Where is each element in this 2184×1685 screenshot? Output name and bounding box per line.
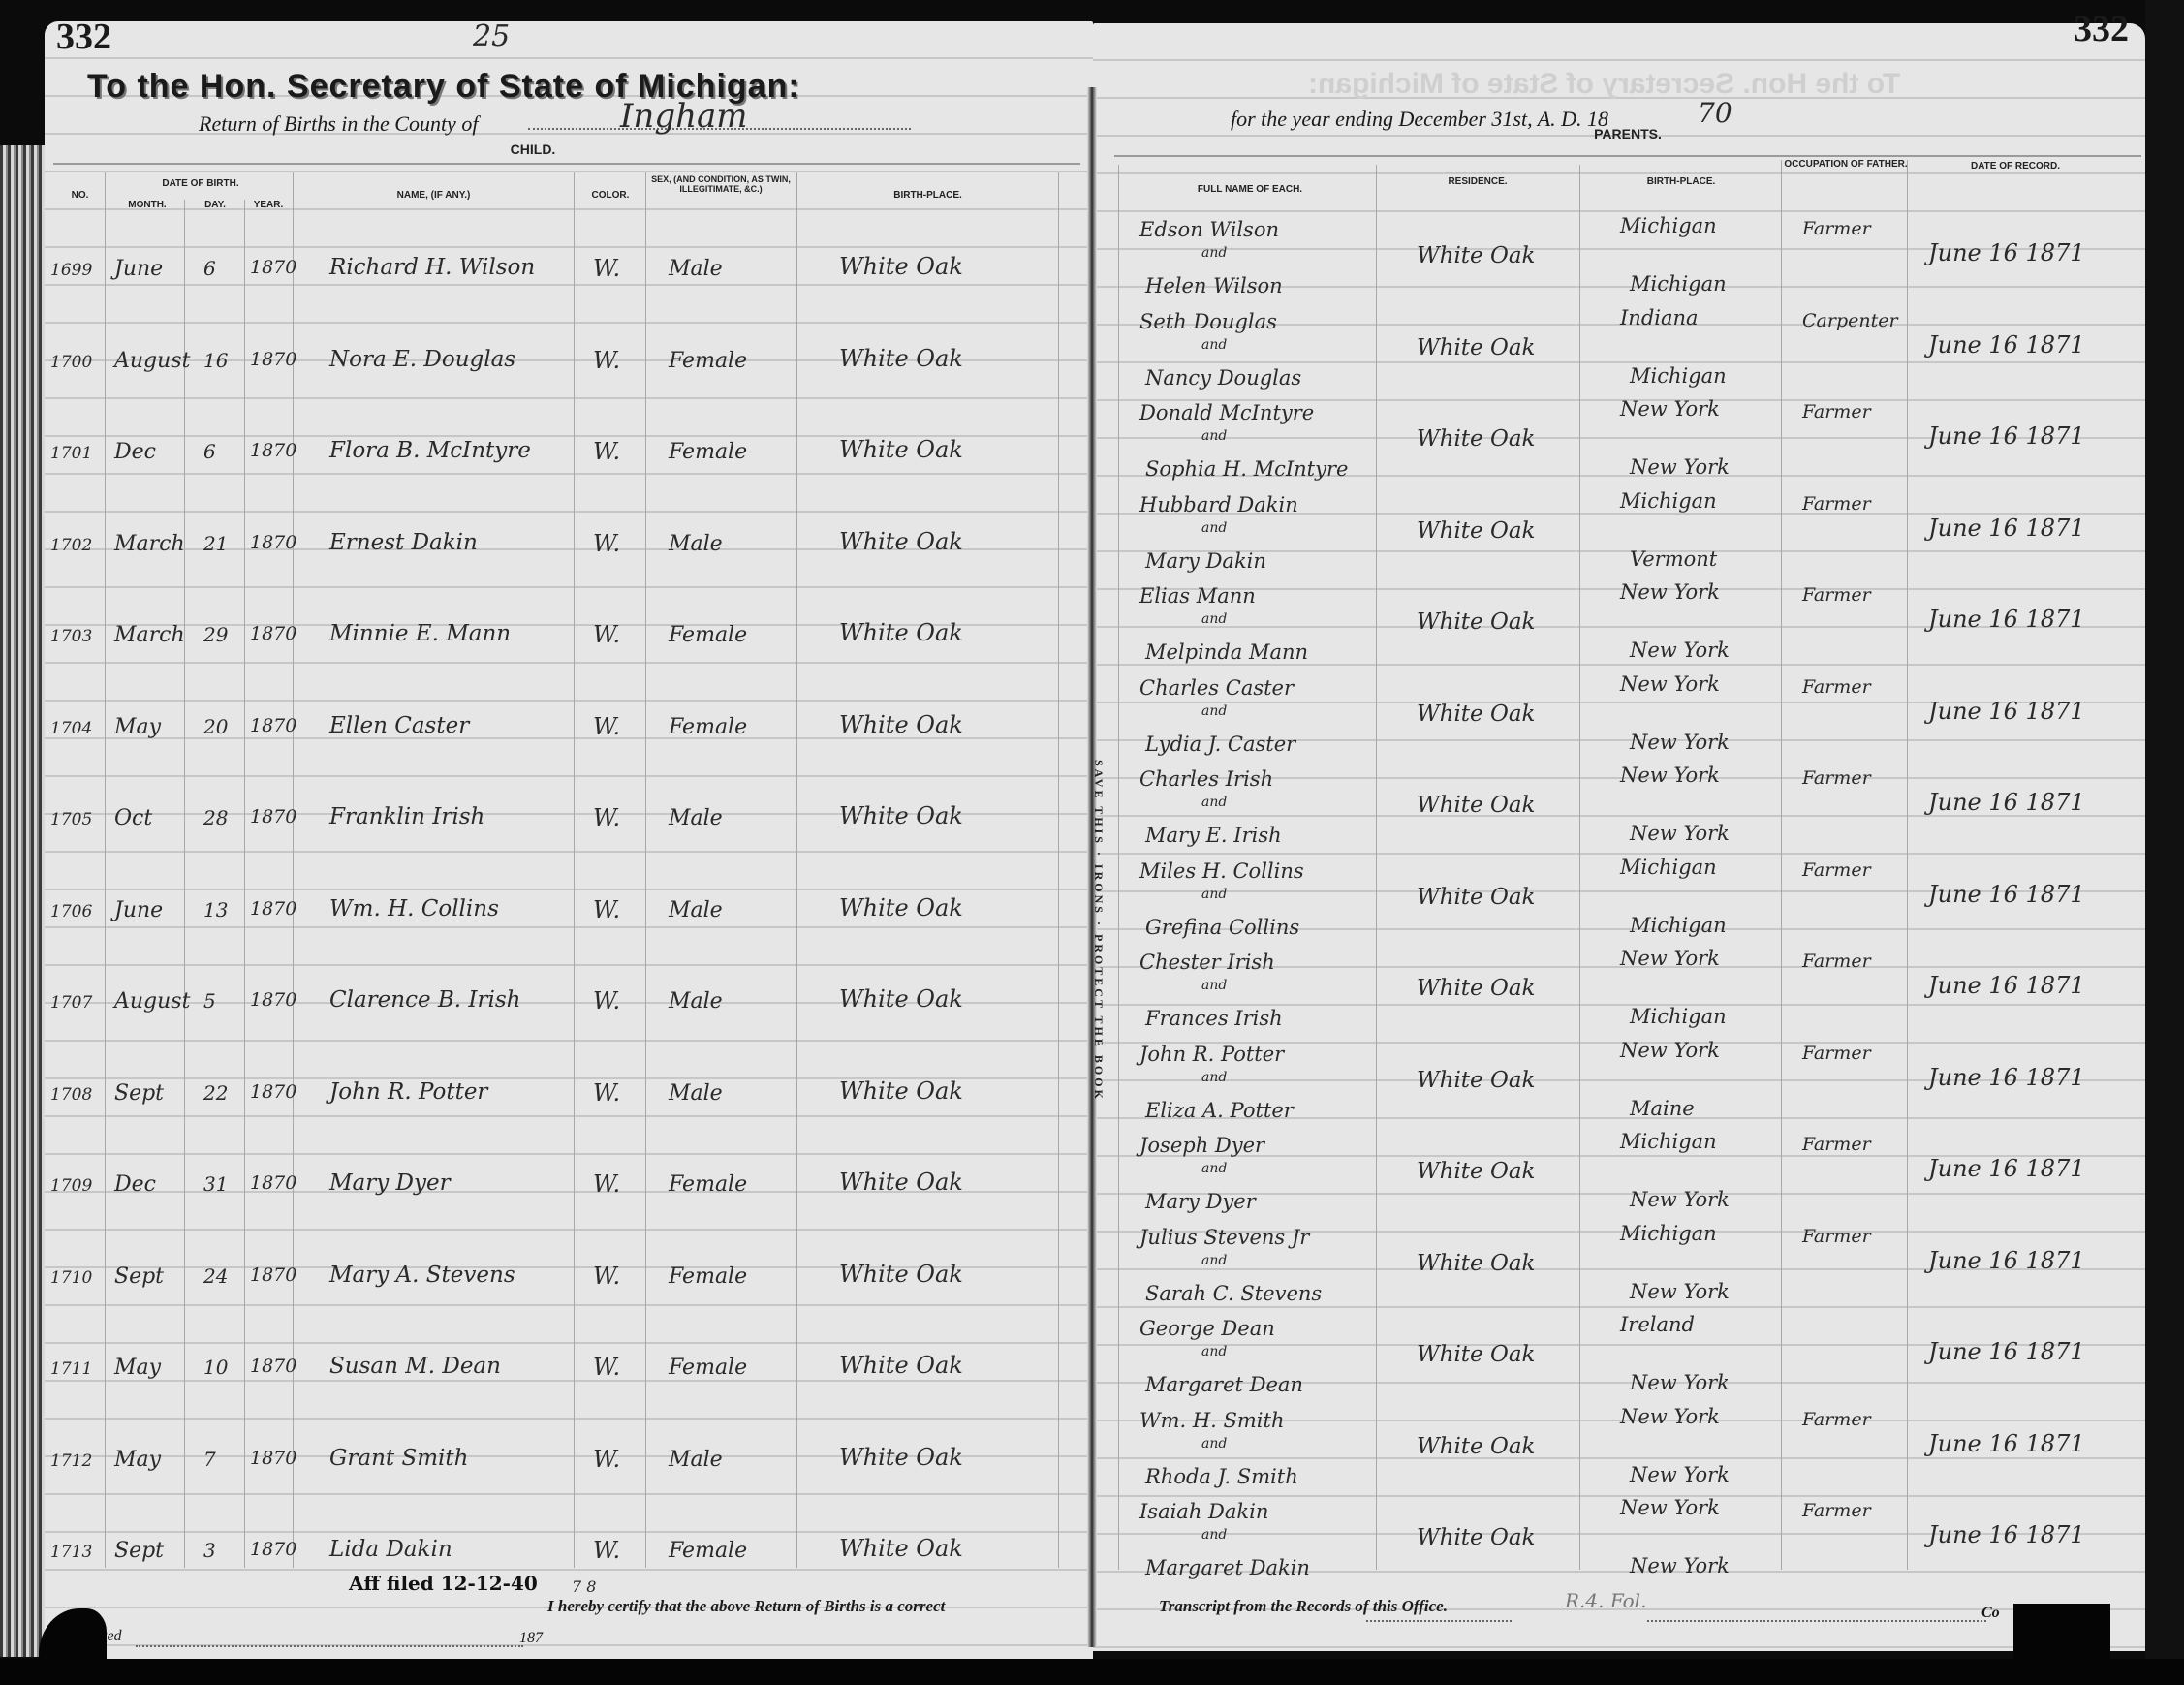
child-name: Mary A. Stevens xyxy=(329,1263,515,1288)
birth-year: 1870 xyxy=(250,257,296,278)
county-value: Ingham xyxy=(620,97,748,136)
date-of-record: June 16 1871 xyxy=(1928,1064,2085,1091)
child-birthplace: White Oak xyxy=(839,528,963,555)
child-name: Mary Dyer xyxy=(329,1170,451,1196)
father-birthplace: New York xyxy=(1620,580,1720,604)
child-sex: Female xyxy=(669,349,747,373)
child-birthplace: White Oak xyxy=(839,1444,963,1471)
birth-day: 24 xyxy=(203,1264,228,1288)
and-connector: and xyxy=(1201,703,1227,719)
birth-month: Dec xyxy=(114,1172,156,1197)
birth-day: 13 xyxy=(203,898,228,921)
father-birthplace: Michigan xyxy=(1620,214,1717,237)
birth-month: May xyxy=(114,1356,161,1380)
and-connector: and xyxy=(1201,245,1227,261)
col-divider xyxy=(1579,165,1580,1570)
birth-month: May xyxy=(114,1448,161,1472)
signature-line-2 xyxy=(1647,1620,1986,1622)
col-sex: SEX, (And Condition, as Twin, Illegitima… xyxy=(647,174,795,194)
and-connector: and xyxy=(1201,1253,1227,1268)
date-of-record: June 16 1871 xyxy=(1928,789,2085,816)
child-name: Grant Smith xyxy=(329,1446,468,1471)
child-color: W. xyxy=(593,347,620,374)
child-birthplace: White Oak xyxy=(839,1352,963,1379)
father-birthplace: New York xyxy=(1620,947,1720,970)
mother-birthplace: New York xyxy=(1630,822,1730,845)
date-of-record: June 16 1871 xyxy=(1928,239,2085,266)
mother-birthplace: Michigan xyxy=(1630,914,1727,937)
birth-day: 7 xyxy=(203,1448,216,1471)
father-birthplace: Michigan xyxy=(1620,1222,1717,1245)
year-label: for the year ending December 31st, A. D.… xyxy=(1231,107,1608,132)
child-birthplace: White Oak xyxy=(839,1077,963,1105)
parents-section-label: PARENTS. xyxy=(1565,126,1691,141)
col-name: NAME, (IF ANY.) xyxy=(296,190,572,201)
col-occupation: OCCUPATION OF FATHER. xyxy=(1783,159,1909,170)
mother-birthplace: New York xyxy=(1630,1554,1730,1577)
child-color: W. xyxy=(593,530,620,557)
father-occupation: Farmer xyxy=(1802,1500,1871,1521)
col-divider xyxy=(1058,172,1059,1568)
residence: White Oak xyxy=(1417,1251,1535,1276)
record-number: 1703 xyxy=(50,627,92,646)
and-connector: and xyxy=(1201,428,1227,444)
year-value: 70 xyxy=(1698,97,1732,129)
col-divider xyxy=(184,200,185,1568)
record-number: 1707 xyxy=(50,993,92,1013)
mother-name: Mary Dyer xyxy=(1145,1190,1256,1213)
birth-year: 1870 xyxy=(250,1539,296,1560)
birth-month: June xyxy=(114,257,163,281)
mother-name: Sarah C. Stevens xyxy=(1145,1282,1322,1305)
birth-month: Oct xyxy=(114,806,152,830)
residence: White Oak xyxy=(1417,885,1535,910)
child-color: W. xyxy=(593,896,620,923)
residence: White Oak xyxy=(1417,1342,1535,1367)
col-month: Month. xyxy=(109,200,186,210)
child-name: Clarence B. Irish xyxy=(329,987,520,1013)
date-of-record: June 16 1871 xyxy=(1928,606,2085,633)
father-name: Edson Wilson xyxy=(1139,218,1279,241)
child-birthplace: White Oak xyxy=(839,1169,963,1196)
birth-year: 1870 xyxy=(250,898,296,920)
header-rule-right xyxy=(1114,155,2141,157)
residence: White Oak xyxy=(1417,243,1535,268)
birth-year: 1870 xyxy=(250,1172,296,1194)
date-of-record: June 16 1871 xyxy=(1928,1430,2085,1457)
father-name: Chester Irish xyxy=(1139,951,1275,974)
child-color: W. xyxy=(593,255,620,282)
col-divider xyxy=(244,200,245,1568)
birth-month: May xyxy=(114,715,161,739)
birth-year: 1870 xyxy=(250,1356,296,1377)
child-color: W. xyxy=(593,1263,620,1290)
birth-year: 1870 xyxy=(250,532,296,553)
record-number: 1701 xyxy=(50,444,92,463)
mother-name: Margaret Dean xyxy=(1145,1373,1303,1396)
date-of-record: June 16 1871 xyxy=(1928,1521,2085,1548)
child-name: John R. Potter xyxy=(329,1079,487,1105)
father-name: Hubbard Dakin xyxy=(1139,493,1298,516)
child-sex: Male xyxy=(669,1448,723,1472)
father-birthplace: Ireland xyxy=(1620,1313,1695,1336)
child-birthplace: White Oak xyxy=(839,711,963,738)
margin-mark: 7 8 xyxy=(572,1577,596,1596)
pencil-note: 25 xyxy=(473,19,510,53)
child-sex: Male xyxy=(669,806,723,830)
record-number: 1710 xyxy=(50,1268,92,1288)
child-name: Ernest Dakin xyxy=(329,530,478,555)
child-color: W. xyxy=(593,1537,620,1564)
child-birthplace: White Oak xyxy=(839,1535,963,1562)
and-connector: and xyxy=(1201,887,1227,902)
birth-day: 31 xyxy=(203,1172,228,1196)
record-number: 1713 xyxy=(50,1543,92,1562)
child-sex: Female xyxy=(669,1356,747,1380)
birth-day: 10 xyxy=(203,1356,228,1379)
col-parent-birth-place: BIRTH-PLACE. xyxy=(1579,176,1783,187)
child-section-label: CHILD. xyxy=(475,141,591,157)
father-occupation: Farmer xyxy=(1802,767,1871,789)
col-day: Day. xyxy=(186,200,244,210)
father-birthplace: New York xyxy=(1620,397,1720,421)
child-sex: Female xyxy=(669,715,747,739)
mother-birthplace: Michigan xyxy=(1630,272,1727,296)
birth-month: Sept xyxy=(114,1264,164,1289)
record-number: 1708 xyxy=(50,1085,92,1105)
and-connector: and xyxy=(1201,1070,1227,1085)
date-of-record: June 16 1871 xyxy=(1928,881,2085,908)
child-sex: Male xyxy=(669,532,723,556)
child-name: Minnie E. Mann xyxy=(329,621,511,646)
birth-month: Sept xyxy=(114,1539,164,1563)
father-name: Charles Caster xyxy=(1139,676,1294,700)
father-name: Miles H. Collins xyxy=(1139,859,1304,883)
birth-year: 1870 xyxy=(250,1264,296,1286)
residence: White Oak xyxy=(1417,976,1535,1001)
residence: White Oak xyxy=(1417,702,1535,727)
child-birthplace: White Oak xyxy=(839,894,963,921)
birth-month: August xyxy=(114,349,190,373)
father-name: Charles Irish xyxy=(1139,767,1273,791)
col-residence: RESIDENCE. xyxy=(1376,176,1579,187)
child-color: W. xyxy=(593,438,620,465)
header-rule-left xyxy=(53,163,1080,165)
mother-birthplace: New York xyxy=(1630,639,1730,662)
residence: White Oak xyxy=(1417,1525,1535,1550)
certify-text: I hereby certify that the above Return o… xyxy=(547,1597,945,1616)
child-birthplace: White Oak xyxy=(839,345,963,372)
and-connector: and xyxy=(1201,520,1227,536)
birth-month: August xyxy=(114,989,190,1014)
birth-day: 21 xyxy=(203,532,228,555)
right-binding xyxy=(2145,0,2184,1685)
record-number: 1700 xyxy=(50,353,92,372)
father-occupation: Farmer xyxy=(1802,584,1871,606)
date-of-record: June 16 1871 xyxy=(1928,1247,2085,1274)
residence: White Oak xyxy=(1417,1159,1535,1184)
child-sex: Male xyxy=(669,257,723,281)
father-name: Seth Douglas xyxy=(1139,310,1277,333)
mother-name: Melpinda Mann xyxy=(1145,640,1308,664)
birth-day: 20 xyxy=(203,715,228,738)
col-date-of-birth: DATE OF BIRTH. xyxy=(109,178,293,189)
and-connector: and xyxy=(1201,1436,1227,1451)
date-of-record: June 16 1871 xyxy=(1928,698,2085,725)
child-color: W. xyxy=(593,1079,620,1107)
col-divider xyxy=(1376,165,1377,1570)
residence: White Oak xyxy=(1417,793,1535,818)
col-divider xyxy=(105,172,106,1568)
record-number: 1699 xyxy=(50,261,92,280)
record-number: 1702 xyxy=(50,536,92,555)
and-connector: and xyxy=(1201,611,1227,627)
child-name: Lida Dakin xyxy=(329,1537,452,1562)
date-of-record: June 16 1871 xyxy=(1928,1338,2085,1365)
mother-name: Rhoda J. Smith xyxy=(1145,1465,1298,1488)
birth-year: 1870 xyxy=(250,715,296,736)
birth-month: Sept xyxy=(114,1081,164,1106)
col-divider xyxy=(1781,160,1782,1570)
father-birthplace: New York xyxy=(1620,672,1720,696)
mother-name: Margaret Dakin xyxy=(1145,1556,1310,1579)
mother-name: Helen Wilson xyxy=(1145,274,1283,297)
father-birthplace: New York xyxy=(1620,1405,1720,1428)
father-name: John R. Potter xyxy=(1139,1043,1284,1066)
child-sex: Male xyxy=(669,1081,723,1106)
birth-year: 1870 xyxy=(250,623,296,644)
mother-birthplace: Michigan xyxy=(1630,364,1727,388)
col-birth-place: BIRTH-PLACE. xyxy=(799,190,1056,201)
birth-month: Dec xyxy=(114,440,156,464)
mother-birthplace: New York xyxy=(1630,1371,1730,1394)
birth-year: 1870 xyxy=(250,1448,296,1469)
and-connector: and xyxy=(1201,795,1227,810)
transcript-text: Transcript from the Records of this Offi… xyxy=(1159,1597,1448,1616)
father-name: Julius Stevens Jr xyxy=(1139,1226,1309,1249)
bottom-shadow xyxy=(0,1659,2184,1685)
page-number-left: 332 xyxy=(56,16,111,58)
child-birthplace: White Oak xyxy=(839,253,963,280)
father-occupation: Farmer xyxy=(1802,493,1871,515)
father-birthplace: New York xyxy=(1620,1496,1720,1519)
record-number: 1711 xyxy=(50,1359,92,1379)
birth-day: 22 xyxy=(203,1081,228,1105)
child-color: W. xyxy=(593,804,620,831)
father-name: Joseph Dyer xyxy=(1139,1134,1264,1157)
birth-year: 1870 xyxy=(250,349,296,370)
father-birthplace: New York xyxy=(1620,1039,1720,1062)
mother-name: Mary E. Irish xyxy=(1145,824,1282,847)
birth-day: 6 xyxy=(203,440,216,463)
birth-year: 1870 xyxy=(250,806,296,827)
mother-birthplace: New York xyxy=(1630,455,1730,479)
mother-birthplace: Vermont xyxy=(1630,547,1717,571)
child-sex: Male xyxy=(669,989,723,1014)
birth-day: 16 xyxy=(203,349,228,372)
date-line xyxy=(136,1645,523,1647)
father-occupation: Farmer xyxy=(1802,401,1871,422)
father-occupation: Farmer xyxy=(1802,1134,1871,1155)
col-divider xyxy=(645,172,646,1568)
father-name: Wm. H. Smith xyxy=(1139,1409,1285,1432)
birth-day: 5 xyxy=(203,989,216,1013)
col-year: Year. xyxy=(244,200,293,210)
father-occupation: Farmer xyxy=(1802,676,1871,698)
father-name: Donald McIntyre xyxy=(1139,401,1314,424)
child-birthplace: White Oak xyxy=(839,802,963,829)
col-color: COLOR. xyxy=(576,190,645,201)
record-number: 1706 xyxy=(50,902,92,921)
year-prefix: 187 xyxy=(519,1630,543,1647)
residence: White Oak xyxy=(1417,1068,1535,1093)
father-occupation: Farmer xyxy=(1802,218,1871,239)
co-label: Co xyxy=(1981,1605,2000,1622)
record-number: 1709 xyxy=(50,1176,92,1196)
child-birthplace: White Oak xyxy=(839,1261,963,1288)
col-divider xyxy=(1118,165,1119,1570)
col-divider xyxy=(574,172,575,1568)
mother-name: Eliza A. Potter xyxy=(1145,1099,1294,1122)
and-connector: and xyxy=(1201,978,1227,993)
child-birthplace: White Oak xyxy=(839,436,963,463)
residence: White Oak xyxy=(1417,1434,1535,1459)
mother-birthplace: New York xyxy=(1630,1280,1730,1303)
col-divider xyxy=(796,172,797,1568)
birth-month: March xyxy=(114,623,185,647)
col-no: No. xyxy=(58,190,102,201)
father-occupation: Farmer xyxy=(1802,1409,1871,1430)
child-sex: Female xyxy=(669,1264,747,1289)
child-birthplace: White Oak xyxy=(839,619,963,646)
mother-name: Mary Dakin xyxy=(1145,549,1266,573)
mother-name: Grefina Collins xyxy=(1145,916,1299,939)
col-divider xyxy=(1907,160,1908,1570)
child-name: Franklin Irish xyxy=(329,804,484,829)
father-occupation: Carpenter xyxy=(1802,310,1898,331)
child-color: W. xyxy=(593,1170,620,1198)
return-label: Return of Births in the County of xyxy=(199,111,478,137)
birth-year: 1870 xyxy=(250,989,296,1011)
child-color: W. xyxy=(593,1354,620,1381)
child-color: W. xyxy=(593,621,620,648)
child-name: Susan M. Dean xyxy=(329,1354,501,1379)
mother-birthplace: New York xyxy=(1630,1188,1730,1211)
birth-month: June xyxy=(114,898,163,922)
mother-birthplace: Maine xyxy=(1630,1097,1695,1120)
father-occupation: Farmer xyxy=(1802,951,1871,972)
and-connector: and xyxy=(1201,1527,1227,1543)
birth-day: 29 xyxy=(203,623,228,646)
residence: White Oak xyxy=(1417,518,1535,544)
father-name: George Dean xyxy=(1139,1317,1275,1340)
date-of-record: June 16 1871 xyxy=(1928,515,2085,542)
signature-line xyxy=(1366,1620,1512,1622)
child-sex: Female xyxy=(669,623,747,647)
record-number: 1705 xyxy=(50,810,92,829)
and-connector: and xyxy=(1201,337,1227,353)
child-sex: Female xyxy=(669,1539,747,1563)
birth-day: 28 xyxy=(203,806,228,829)
residence: White Oak xyxy=(1417,426,1535,452)
child-color: W. xyxy=(593,987,620,1014)
date-of-record: June 16 1871 xyxy=(1928,331,2085,359)
child-name: Flora B. McIntyre xyxy=(329,438,531,463)
birth-day: 3 xyxy=(203,1539,216,1562)
mother-birthplace: Michigan xyxy=(1630,1005,1727,1028)
date-of-record: June 16 1871 xyxy=(1928,972,2085,999)
child-sex: Female xyxy=(669,1172,747,1197)
mother-name: Nancy Douglas xyxy=(1145,366,1301,390)
father-occupation: Farmer xyxy=(1802,1043,1871,1064)
page-number-right: 332 xyxy=(2074,8,2129,50)
date-of-record: June 16 1871 xyxy=(1928,1155,2085,1182)
father-name: Isaiah Dakin xyxy=(1139,1500,1268,1523)
mother-birthplace: New York xyxy=(1630,1463,1730,1486)
father-birthplace: Michigan xyxy=(1620,856,1717,879)
affidavit-note: Aff filed 12-12-40 xyxy=(349,1572,538,1595)
child-birthplace: White Oak xyxy=(839,985,963,1013)
child-color: W. xyxy=(593,713,620,740)
child-name: Richard H. Wilson xyxy=(329,255,535,280)
record-number: 1704 xyxy=(50,719,92,738)
bleed-through-title: To the Hon. Secretary of State of Michig… xyxy=(1308,68,1900,101)
mother-birthplace: New York xyxy=(1630,731,1730,754)
col-full-name: FULL NAME OF EACH. xyxy=(1124,184,1376,195)
residence: White Oak xyxy=(1417,609,1535,635)
child-sex: Female xyxy=(669,440,747,464)
residence: White Oak xyxy=(1417,335,1535,360)
father-birthplace: Michigan xyxy=(1620,489,1717,513)
right-mark: R.4. Fol. xyxy=(1565,1589,1646,1612)
father-birthplace: Indiana xyxy=(1620,306,1699,329)
father-name: Elias Mann xyxy=(1139,584,1256,608)
and-connector: and xyxy=(1201,1344,1227,1359)
mother-name: Frances Irish xyxy=(1145,1007,1283,1030)
record-number: 1712 xyxy=(50,1451,92,1471)
father-occupation: Farmer xyxy=(1802,1226,1871,1247)
father-birthplace: New York xyxy=(1620,764,1720,787)
birth-month: March xyxy=(114,532,185,556)
child-sex: Male xyxy=(669,898,723,922)
gutter-stamp: SAVE THIS · IRONS · PROTECT THE BOOK xyxy=(1078,543,1106,1318)
mother-name: Sophia H. McIntyre xyxy=(1145,457,1348,481)
father-birthplace: Michigan xyxy=(1620,1130,1717,1153)
child-color: W. xyxy=(593,1446,620,1473)
birth-year: 1870 xyxy=(250,440,296,461)
and-connector: and xyxy=(1201,1161,1227,1176)
date-of-record: June 16 1871 xyxy=(1928,422,2085,450)
child-name: Nora E. Douglas xyxy=(329,347,515,372)
birth-year: 1870 xyxy=(250,1081,296,1103)
child-name: Ellen Caster xyxy=(329,713,469,738)
father-occupation: Farmer xyxy=(1802,859,1871,881)
child-name: Wm. H. Collins xyxy=(329,896,499,921)
col-date-of-record: DATE OF RECORD. xyxy=(1909,161,2122,172)
mother-name: Lydia J. Caster xyxy=(1145,733,1295,756)
birth-day: 6 xyxy=(203,257,216,280)
